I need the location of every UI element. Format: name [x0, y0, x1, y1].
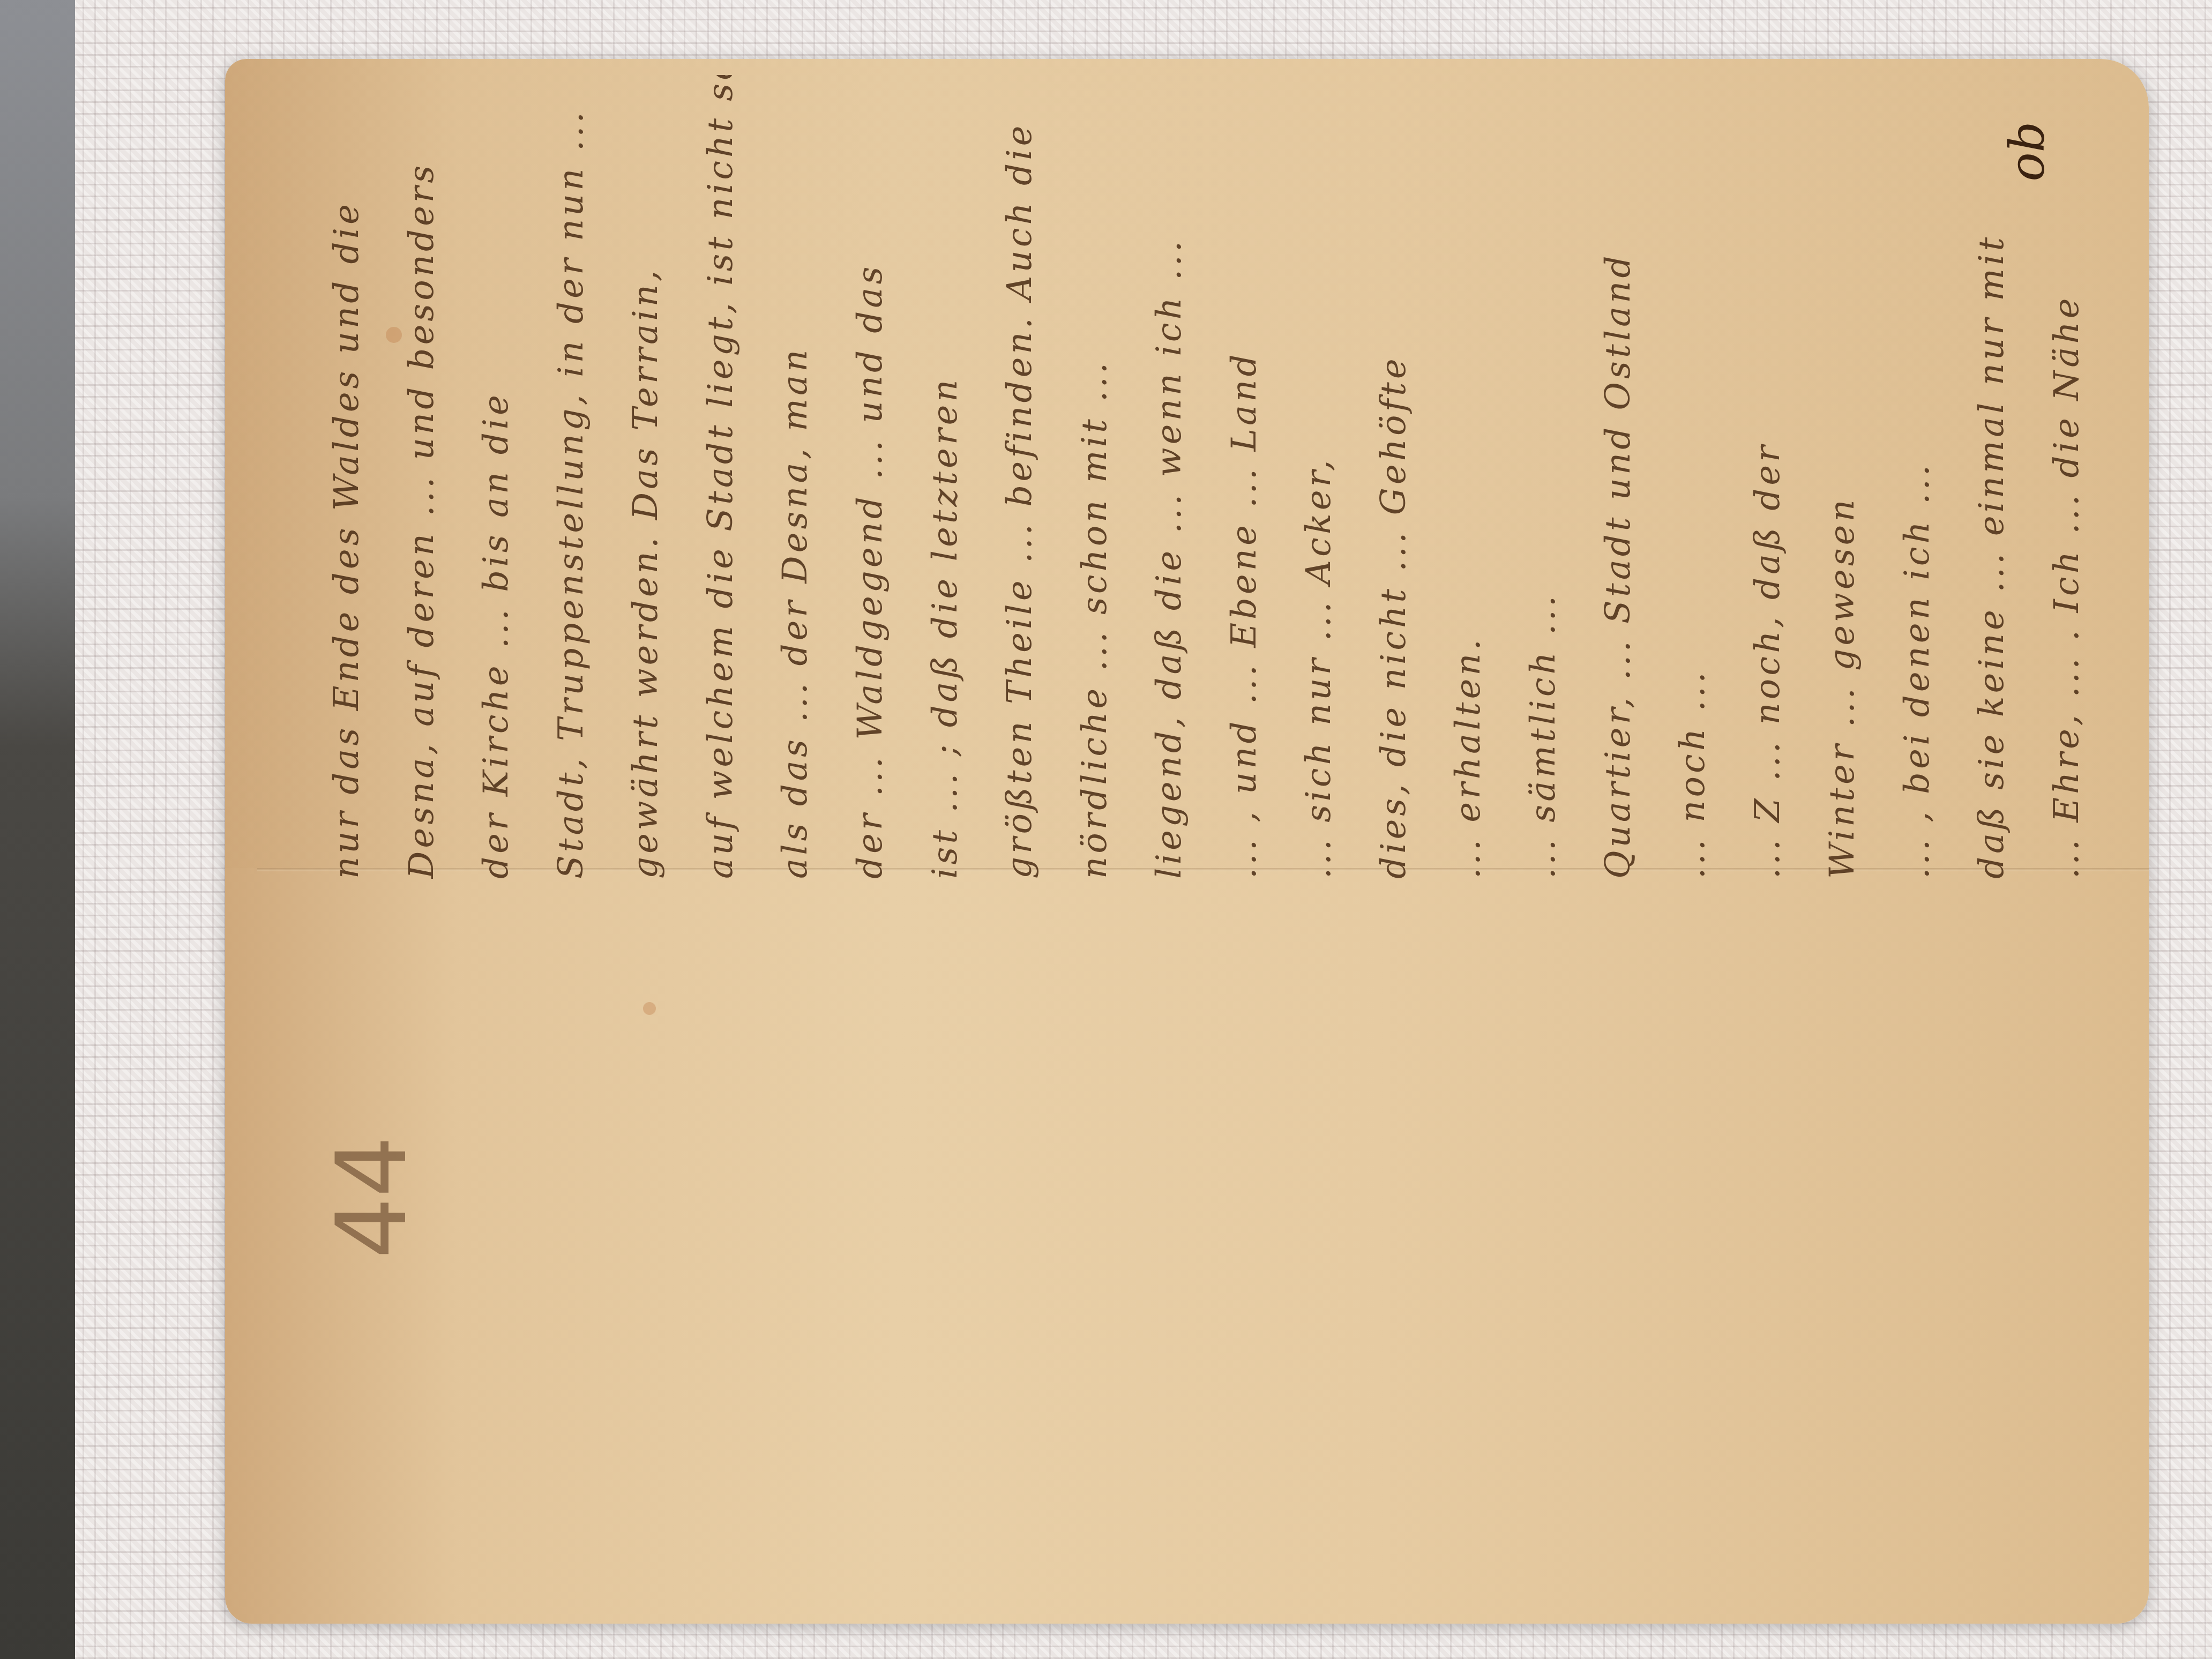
text-line: der ... Waldgegend ... und das	[850, 75, 899, 879]
text-line: ist ... ; daß die letzteren	[925, 75, 974, 879]
text-line: größten Theile ... befinden. Auch die	[1000, 75, 1048, 879]
paper-stain	[643, 1002, 656, 1015]
text-line: gewährt werden. Das Terrain,	[626, 75, 674, 879]
manuscript-page: nur das Ende des Waldes und die Desna, a…	[225, 59, 2149, 1624]
text-line: dies, die nicht ... Gehöfte	[1374, 75, 1422, 879]
text-line: nördliche ... schon mit ...	[1075, 75, 1123, 879]
catchword: ob	[2000, 122, 2056, 182]
text-line: ... sämtlich ...	[1523, 75, 1572, 879]
handwritten-lines: nur das Ende des Waldes und die Desna, a…	[327, 75, 2095, 879]
dark-surface-strip	[0, 0, 75, 1659]
text-line: auf welchem die Stadt liegt, ist nicht s…	[701, 75, 749, 879]
text-line: der Kirche ... bis an die	[476, 75, 525, 879]
text-line: Stadt, Truppenstellung, in der nun ...	[551, 75, 600, 879]
text-line: als das ... der Desna, man	[775, 75, 824, 879]
text-line: ... Z ... noch, daß der	[1748, 75, 1796, 879]
text-line: ... noch ...	[1673, 75, 1721, 879]
text-line: Quartier, ... Stadt und Ostland	[1598, 75, 1647, 879]
text-line: ... sich nur ... Acker,	[1299, 75, 1347, 879]
text-line: liegend, daß die ... wenn ich ...	[1149, 75, 1198, 879]
text-line: ... , und ... Ebene ... Land	[1224, 75, 1273, 879]
text-line: ... Ehre, ... . Ich ... die Nähe	[2047, 75, 2095, 879]
text-line: ... , bei denen ich ...	[1897, 75, 1946, 879]
text-line: nur das Ende des Waldes und die	[327, 75, 375, 879]
page-number: 44	[316, 1136, 428, 1259]
text-line: daß sie keine ... einmal nur mit	[1972, 75, 2020, 879]
text-line: Winter ... gewesen	[1822, 75, 1871, 879]
text-line: Desna, auf deren ... und besonders	[402, 75, 450, 879]
text-line: ... erhalten.	[1448, 75, 1497, 879]
